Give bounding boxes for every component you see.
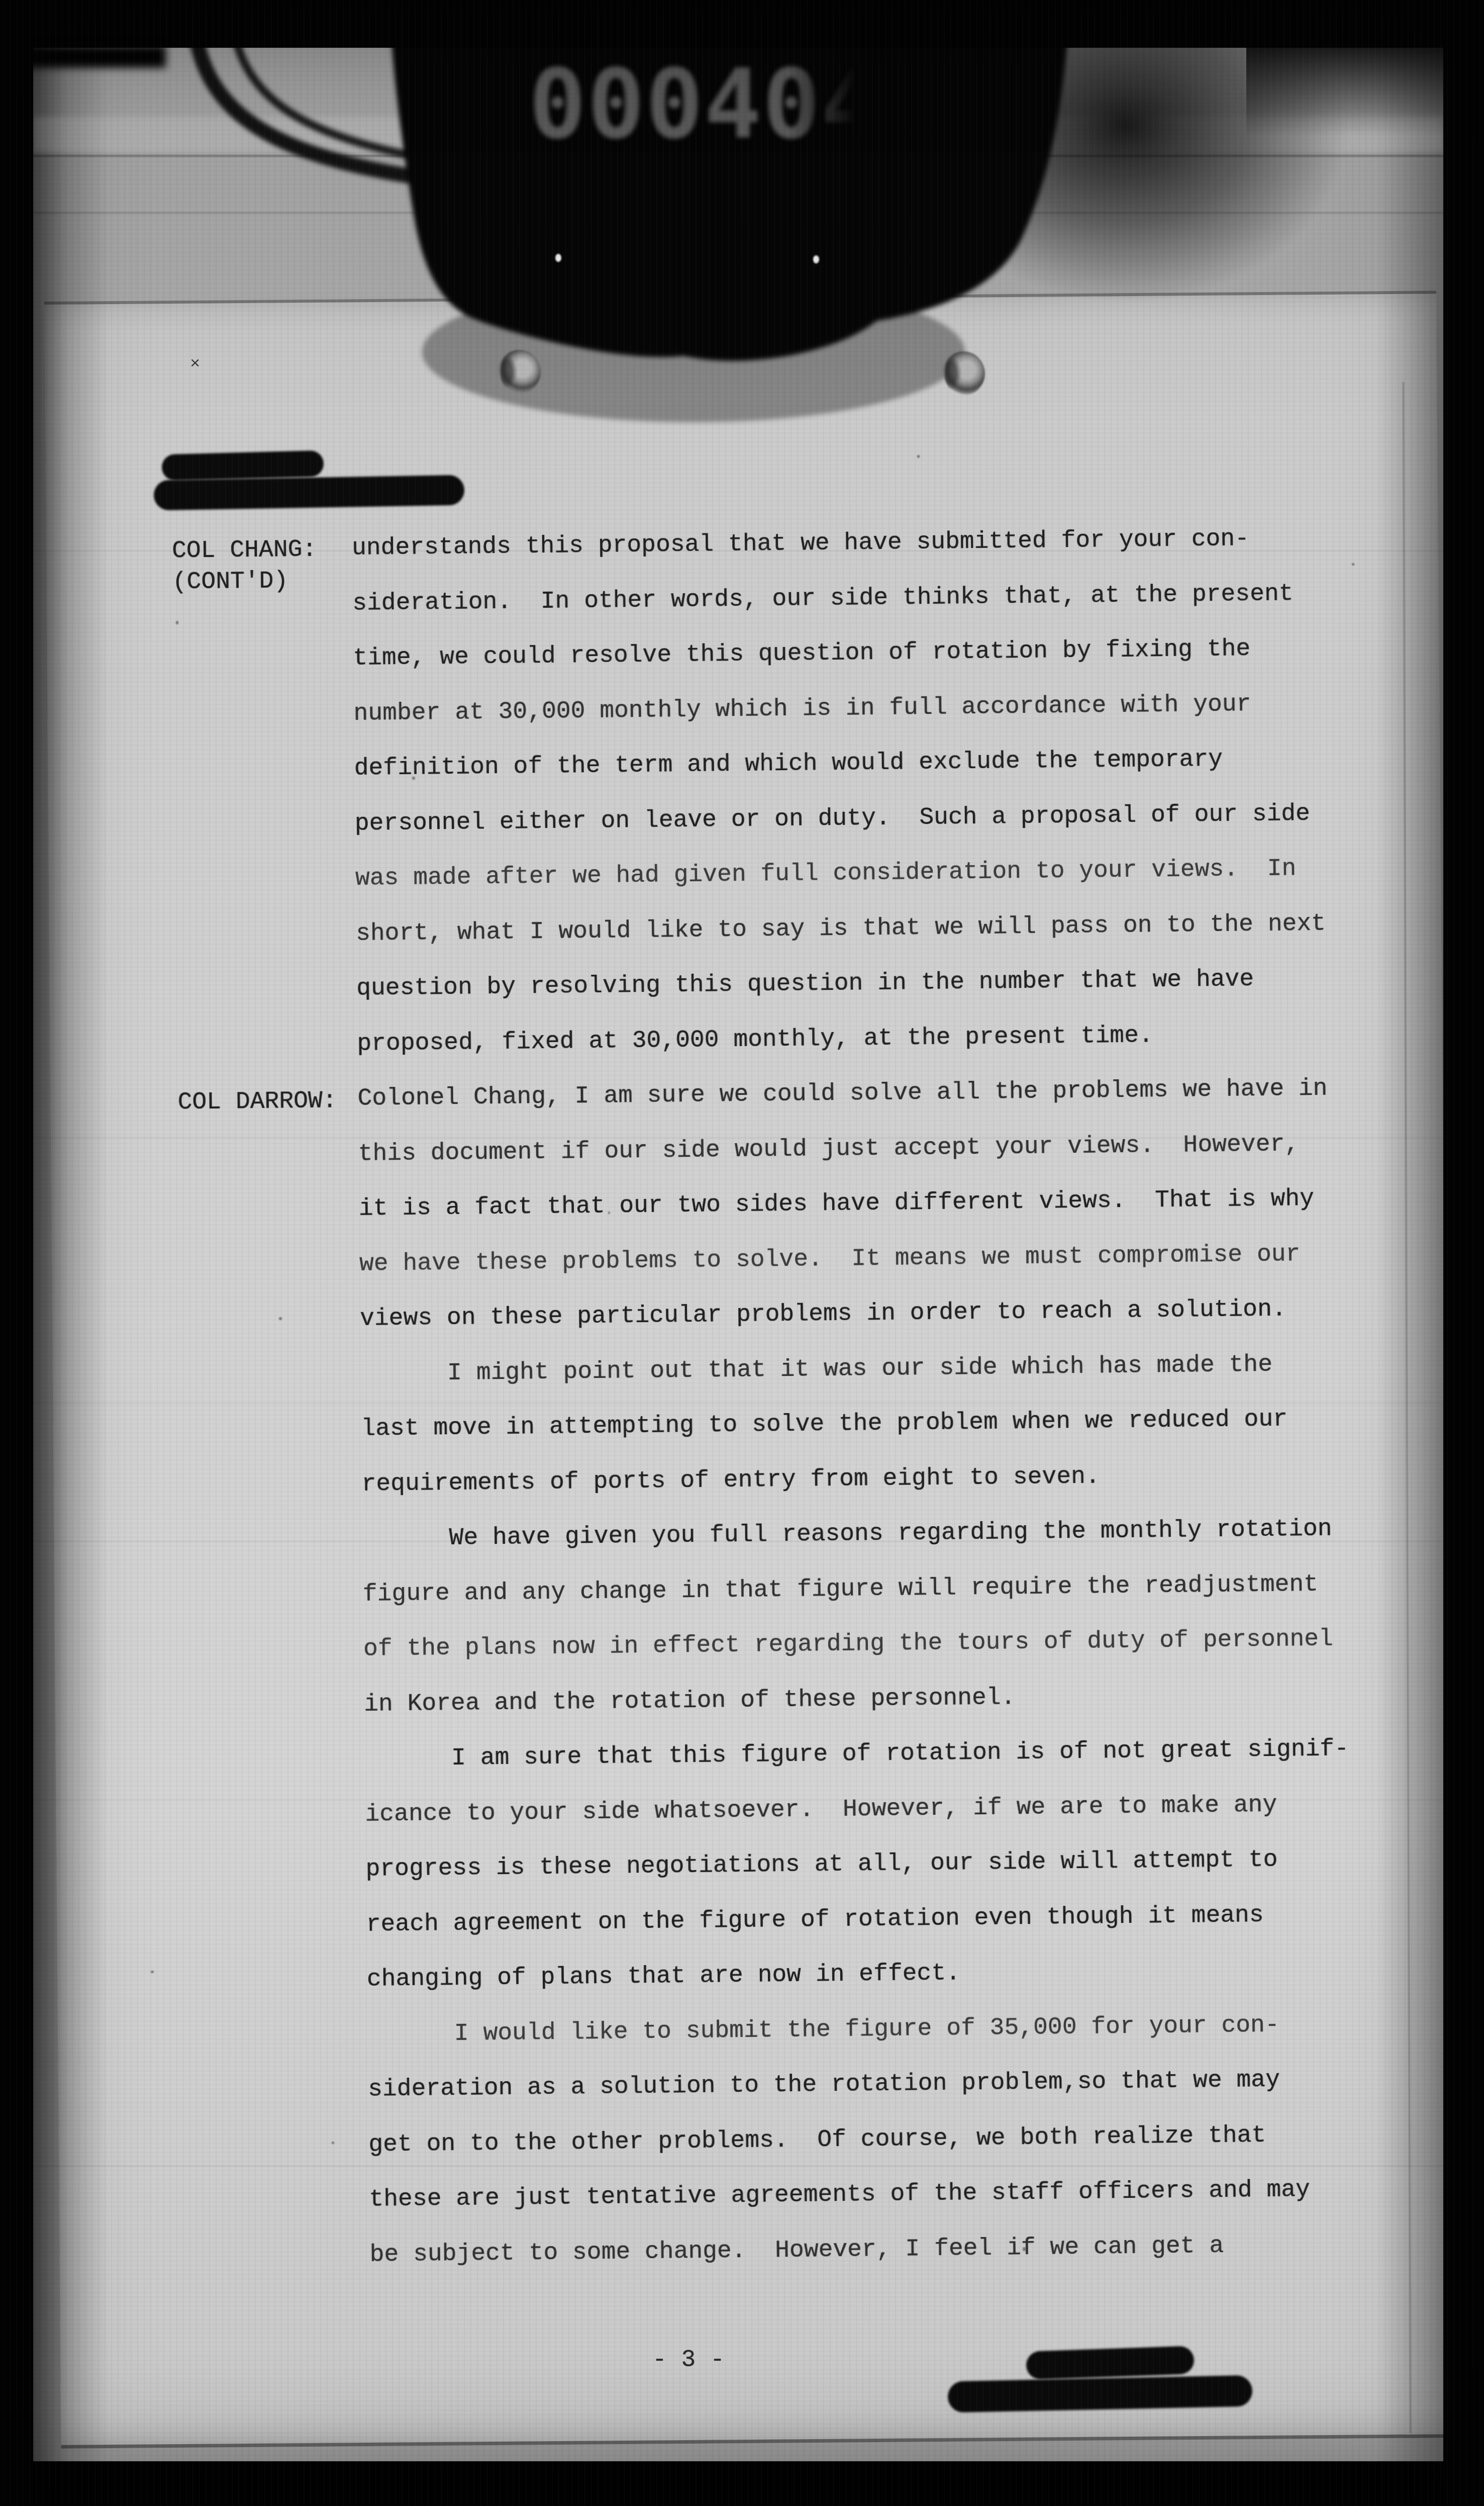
redaction-bar bbox=[1026, 2346, 1195, 2380]
dust-speck bbox=[608, 1212, 610, 1214]
redaction-bar bbox=[154, 475, 465, 511]
dust-speck bbox=[1023, 2247, 1026, 2251]
film-frame-top-right-shadow bbox=[1246, 45, 1444, 136]
speaker-label-contd: (CONT'D) bbox=[172, 568, 288, 596]
film-frame-right bbox=[1443, 0, 1484, 2506]
transcript-text-block: COL CHANG: (CONT'D) COL DARROW: understa… bbox=[0, 0, 1484, 2506]
transcript-lines: understands this proposal that we have s… bbox=[352, 525, 1354, 2297]
dust-speck bbox=[279, 1317, 282, 1320]
dust-speck bbox=[332, 2142, 334, 2144]
dust-speck bbox=[151, 1971, 154, 1973]
film-frame-left bbox=[0, 0, 33, 2506]
transcript-line: be subject to some change. However, I fe… bbox=[369, 2232, 1354, 2297]
dust-speck bbox=[176, 621, 178, 624]
transcript-line: last move in attempting to solve the pro… bbox=[361, 1406, 1346, 1471]
dust-speck bbox=[412, 777, 415, 780]
page-number: - 3 - bbox=[652, 2347, 725, 2374]
redaction-bar bbox=[161, 450, 324, 481]
redaction-bar bbox=[947, 2375, 1252, 2413]
transcript-line: question by resolving this question in t… bbox=[356, 966, 1341, 1031]
speaker-label-col-darrow: COL DARROW: bbox=[177, 1087, 337, 1116]
dust-speck bbox=[1352, 563, 1354, 566]
speaker-label-col-chang: COL CHANG: bbox=[172, 536, 317, 565]
dust-speck bbox=[917, 455, 920, 458]
film-frame-bottom bbox=[0, 2461, 1484, 2506]
microfilm-document-scan: 000404 × COL CHANG: (CONT'D) COL DARROW:… bbox=[0, 0, 1484, 2506]
film-frame-top bbox=[0, 0, 1484, 48]
transcript-line: reach agreement on the figure of rotatio… bbox=[366, 1902, 1351, 1967]
transcript-line: of the plans now in effect regarding the… bbox=[363, 1626, 1348, 1692]
dust-speck bbox=[1241, 1589, 1244, 1592]
